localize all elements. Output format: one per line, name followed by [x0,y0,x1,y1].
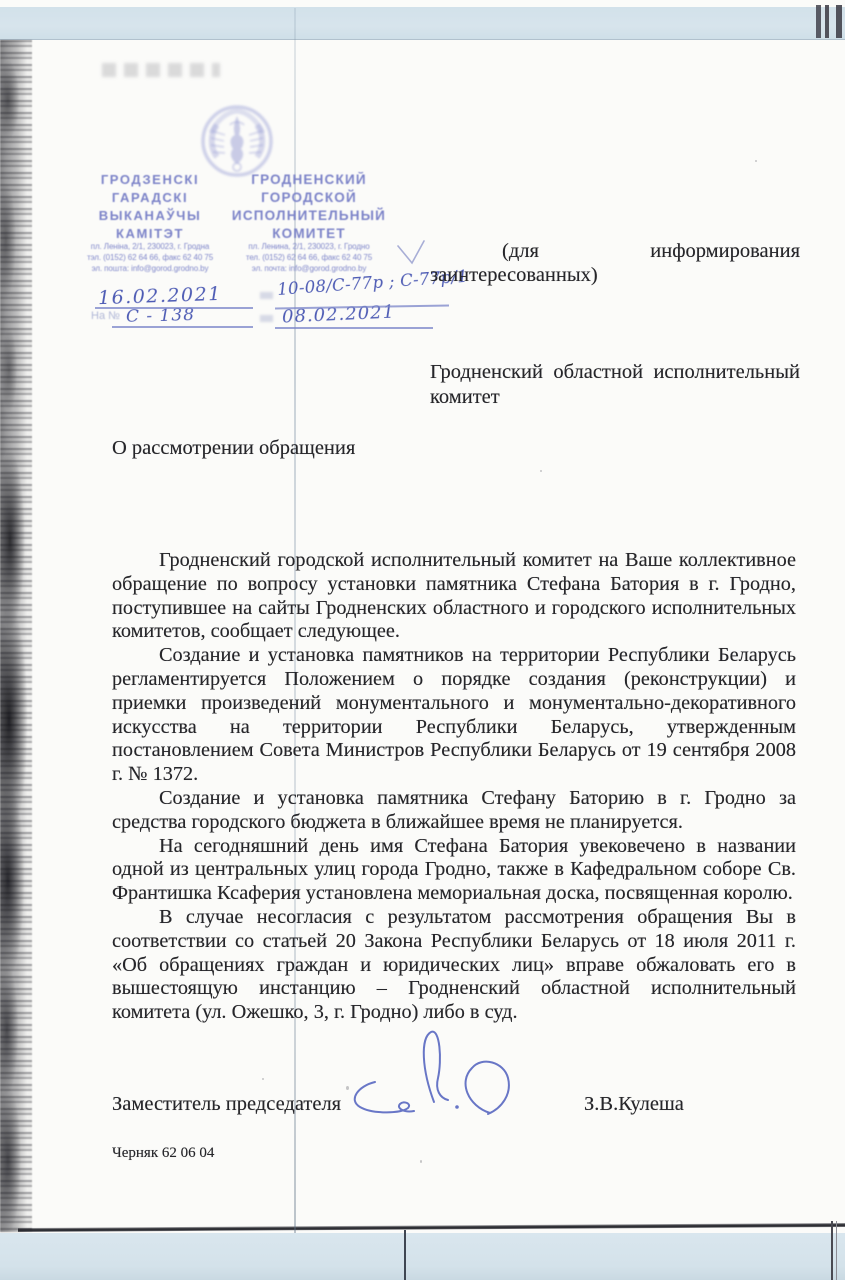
fold-crease-bottom-line [404,1230,406,1280]
body-paragraph: В случае несогласия с результатом рассмо… [112,906,796,1025]
address-line: тел. (0152) 62 64 66, факс 62 40 75 [226,252,392,263]
paper-bottom-edge [18,1223,845,1232]
address-line: эл. почта: info@gorod.grodno.by [226,263,392,274]
letterhead-line: ГРОДЗЕНСКІ [84,171,216,189]
faint-form-label-smudge [260,292,273,299]
faint-form-label-smudge [260,315,273,322]
letterhead-line: ГАРАДСКІ [84,189,216,207]
reference-rule-line [112,326,253,328]
subject-line: О рассмотрении обращения [112,437,355,460]
address-line: пл. Ленина, 2/1, 230023, г. Гродно [226,241,392,252]
incoming-number-label: На № [91,310,120,322]
letterhead-left-address: пл. Леніна, 2/1, 230023, г. Гродна тэл. … [84,241,216,274]
signature-ink [330,1010,530,1140]
letterhead-line: ГОРОДСКОЙ [226,189,392,207]
letterhead-line: ИСПОЛНИТЕЛЬНЫЙ [226,207,392,225]
signer-name: З.В.Кулеша [584,1093,684,1116]
signer-position-title: Заместитель председателя [112,1093,341,1116]
addressee-note: (для информирования заинтересованных) [430,239,800,287]
addressee-recipient: Гродненский областной исполнительный ком… [430,360,800,409]
letterhead-right-column: ГРОДНЕНСКИЙ ГОРОДСКОЙ ИСПОЛНИТЕЛЬНЫЙ КОМ… [226,171,392,243]
bleed-through-marks [102,63,220,77]
letterhead-left-column: ГРОДЗЕНСКІ ГАРАДСКІ ВЫКАНАЎЧЫ КАМІТЭТ [84,171,216,243]
letterhead-right-address: пл. Ленина, 2/1, 230023, г. Гродно тел. … [226,241,392,274]
address-line: пл. Леніна, 2/1, 230023, г. Гродна [84,241,216,252]
executor-reference: Черняк 62 06 04 [112,1145,214,1162]
scanner-band-top [0,7,845,40]
scanned-letter-page: ГРОДЗЕНСКІ ГАРАДСКІ ВЫКАНАЎЧЫ КАМІТЭТ пл… [0,0,845,1280]
letterhead-line: ГРОДНЕНСКИЙ [226,171,392,189]
body-paragraph: Гродненский городской исполнительный ком… [112,549,796,644]
scanner-band-bottom [0,1233,845,1280]
address-line: тэл. (0152) 62 64 66, факс 62 40 75 [84,252,216,263]
body-paragraph: На сегодняшний день имя Стефана Батория … [112,835,796,906]
scan-edge-artifact [0,40,32,1232]
reference-rule-line [275,327,433,329]
body-paragraph: Создание и установка памятника Стефану Б… [112,787,796,835]
stray-pen-mark [390,235,435,270]
letterhead-line: ВЫКАНАЎЧЫ [84,207,216,225]
letter-body: Гродненский городской исполнительный ком… [112,549,796,1025]
body-paragraph: Создание и установка памятников на терри… [112,644,796,787]
address-line: эл. пошта: info@gorod.grodno.by [84,263,216,274]
reference-rule-line [95,307,253,309]
